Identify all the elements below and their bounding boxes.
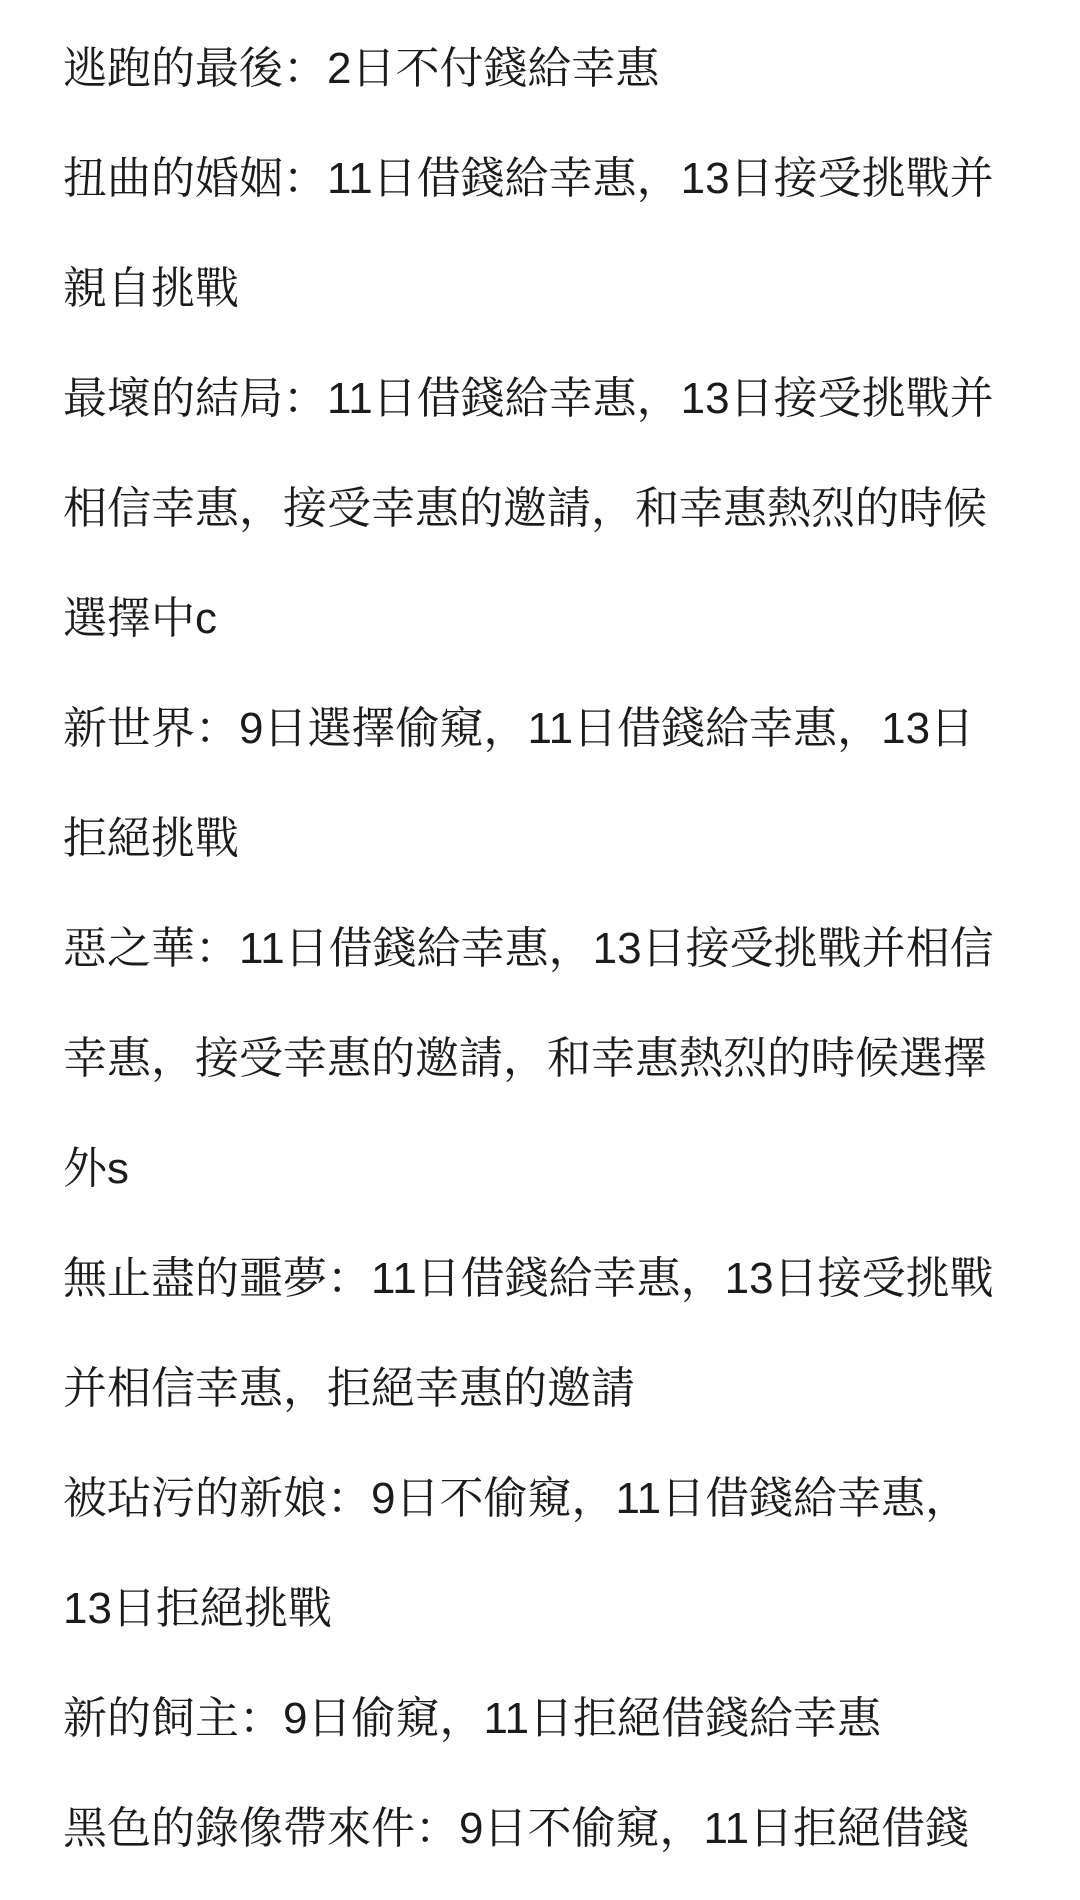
text-line: 選擇中c (63, 564, 1040, 674)
text-line: 黑色的錄像帶來件：9日不偷窺，11日拒絕借錢 (63, 1774, 1040, 1884)
text-line: 新的飼主：9日偷窺，11日拒絕借錢給幸惠 (63, 1664, 1040, 1774)
text-line: 相信幸惠，接受幸惠的邀請，和幸惠熱烈的時候 (63, 454, 1040, 564)
text-line: 被玷污的新娘：9日不偷窺，11日借錢給幸惠， (63, 1444, 1040, 1554)
text-line: 13日拒絕挑戰 (63, 1554, 1040, 1664)
text-line: 新世界：9日選擇偷窺，11日借錢給幸惠，13日 (63, 674, 1040, 784)
text-line: 惡之華：11日借錢給幸惠，13日接受挑戰并相信 (63, 894, 1040, 1004)
text-line: 無止盡的噩夢：11日借錢給幸惠，13日接受挑戰 (63, 1224, 1040, 1334)
text-line: 逃跑的最後：2日不付錢給幸惠 (63, 14, 1040, 124)
text-line: 外s (63, 1114, 1040, 1224)
text-line: 拒絕挑戰 (63, 784, 1040, 894)
text-line: 親自挑戰 (63, 234, 1040, 344)
text-line: 扭曲的婚姻：11日借錢給幸惠，13日接受挑戰并 (63, 124, 1040, 234)
text-line: 并相信幸惠，拒絕幸惠的邀請 (63, 1334, 1040, 1444)
text-line: 幸惠，接受幸惠的邀請，和幸惠熱烈的時候選擇 (63, 1004, 1040, 1114)
document-text: 逃跑的最後：2日不付錢給幸惠 扭曲的婚姻：11日借錢給幸惠，13日接受挑戰并 親… (0, 0, 1080, 1884)
text-line: 最壞的結局：11日借錢給幸惠，13日接受挑戰并 (63, 344, 1040, 454)
